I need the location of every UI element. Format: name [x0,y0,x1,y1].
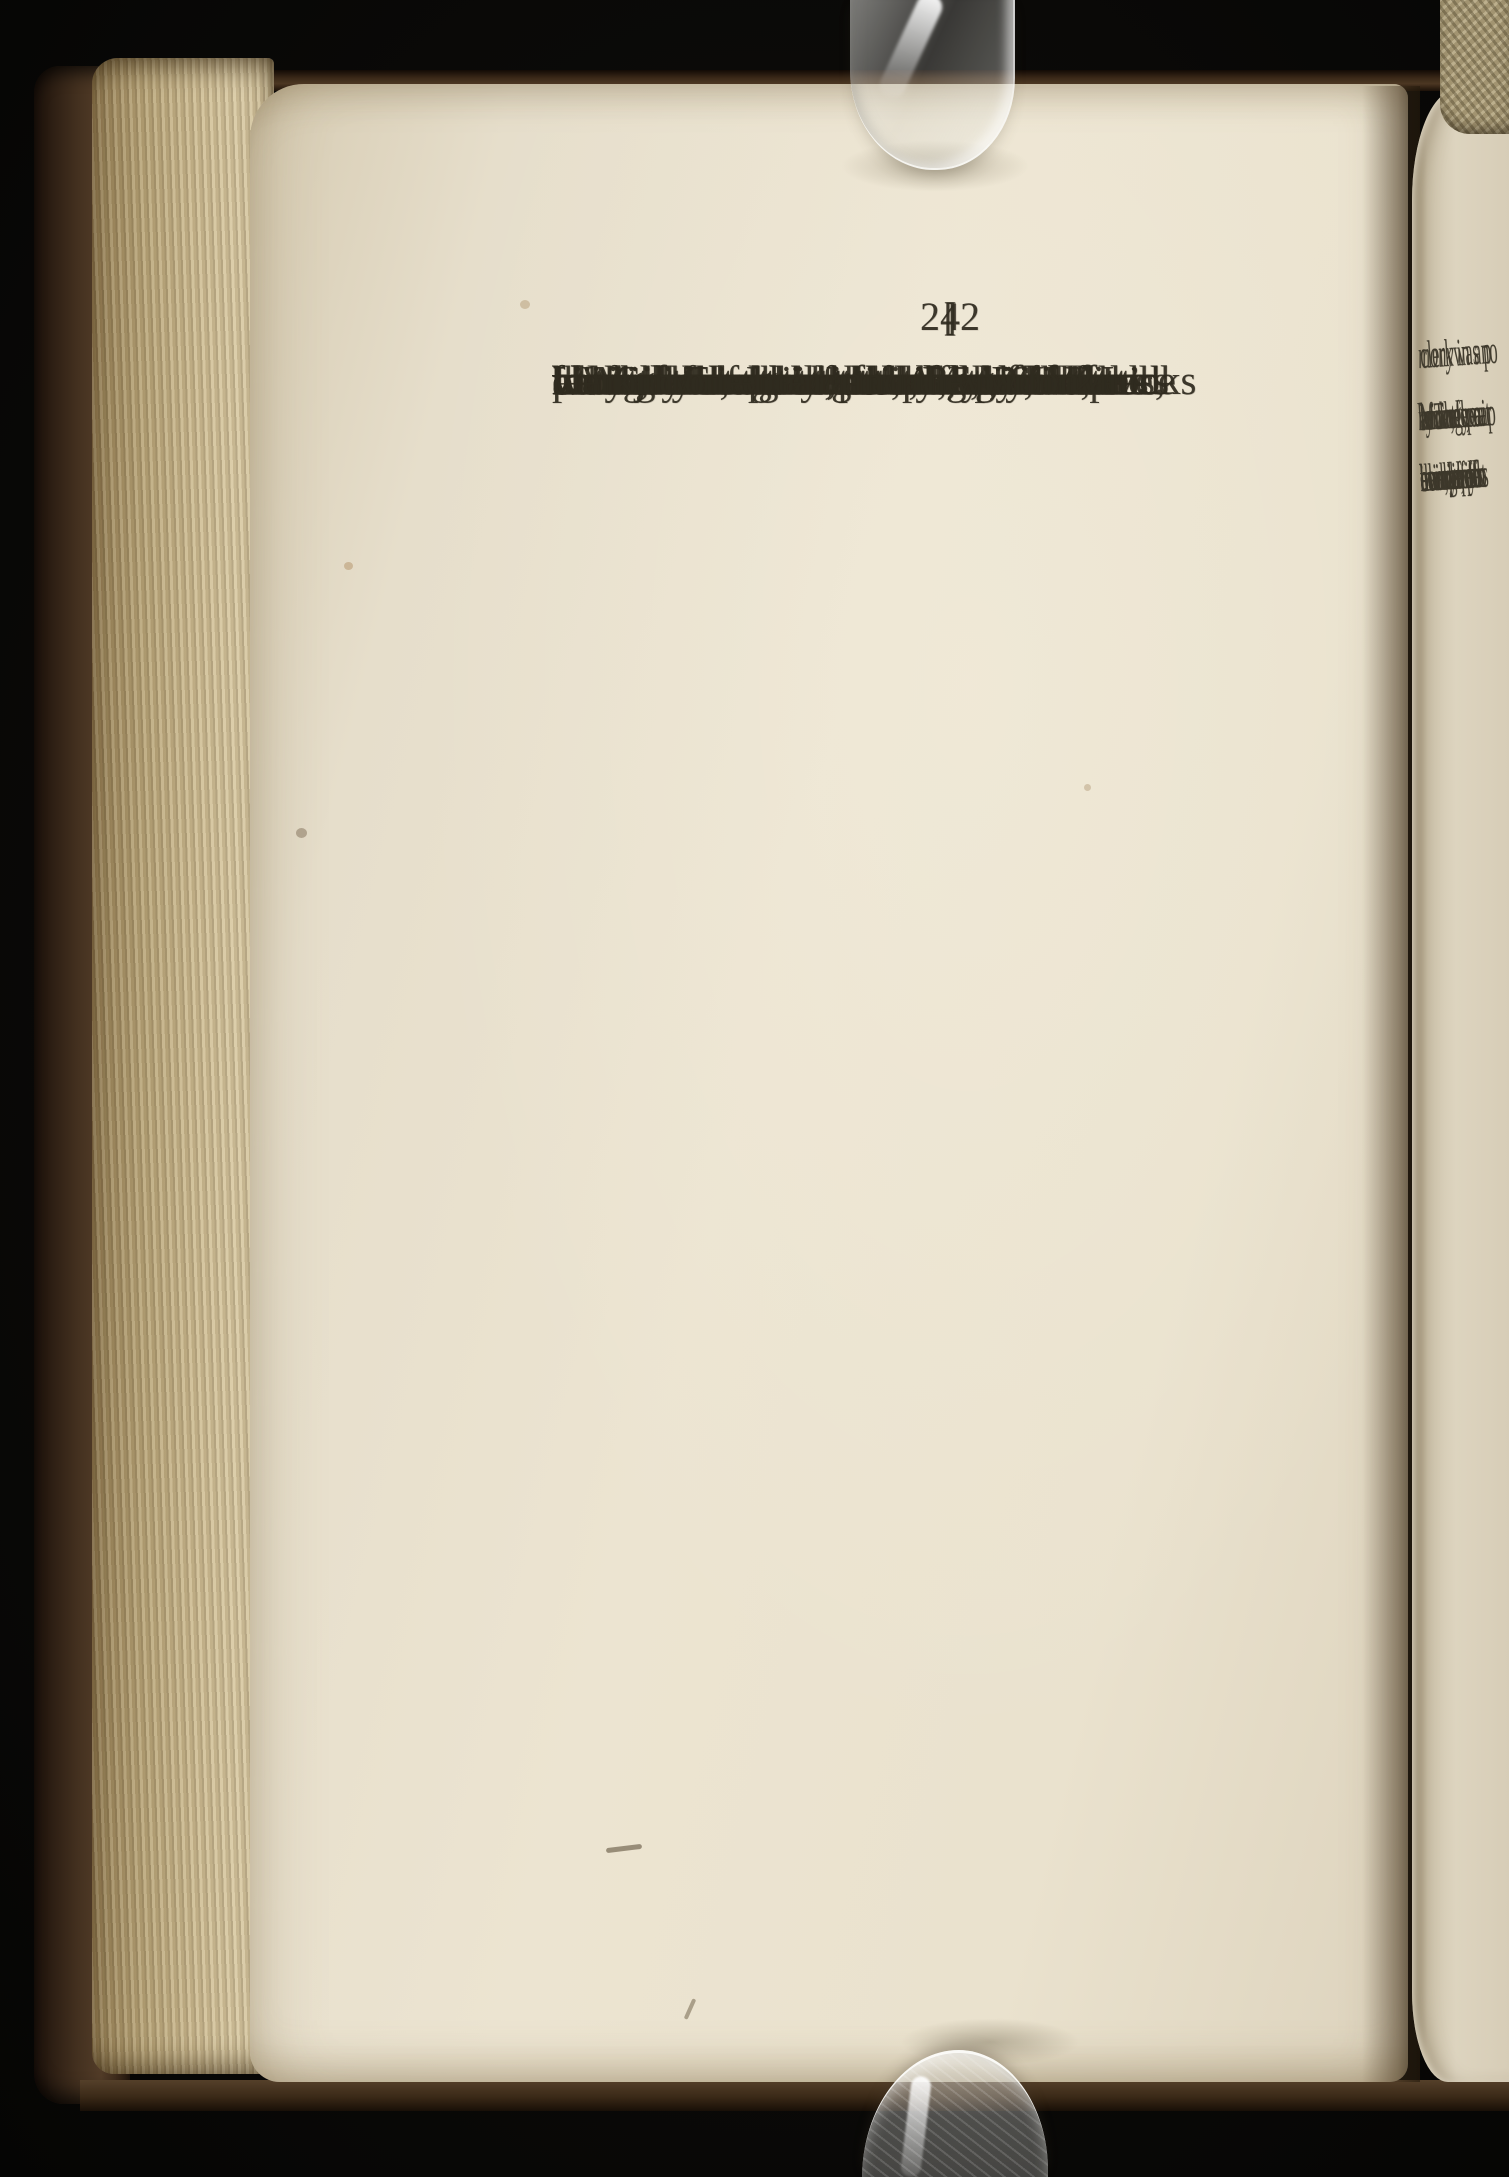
paper-stain [296,828,307,838]
header-right-bracket: ] [943,286,956,347]
text-fragment: been my [1418,444,1478,509]
adjacent-text-line: mony was p [1416,318,1509,387]
book-photograph: [ 242 ] with which I bought a Bible. I w… [0,0,1509,2177]
adjacent-page-text: clerk in anomony was ploving pairand my … [1418,325,1509,448]
page-block-fore-edge [92,58,274,2074]
text-fragment: was p [1451,320,1493,384]
page-header: [ 242 ] [530,286,1370,350]
adjacent-text-line: ke mine, [1416,379,1509,448]
signature-mark: 2 [1073,350,1094,411]
paper-stain [344,562,353,570]
book-cover-bottom-edge [80,2080,1509,2111]
page-text: [ 242 ] with which I bought a Bible. I w… [552,286,1392,411]
italic-word: mony [1416,332,1454,377]
text-line: went in one boat, and the parſon and [552,350,1149,411]
paper-stain [1084,784,1091,791]
catchword: clerk [552,350,634,411]
paper-stain [520,300,530,309]
binding-cloth-corner [1440,0,1509,134]
